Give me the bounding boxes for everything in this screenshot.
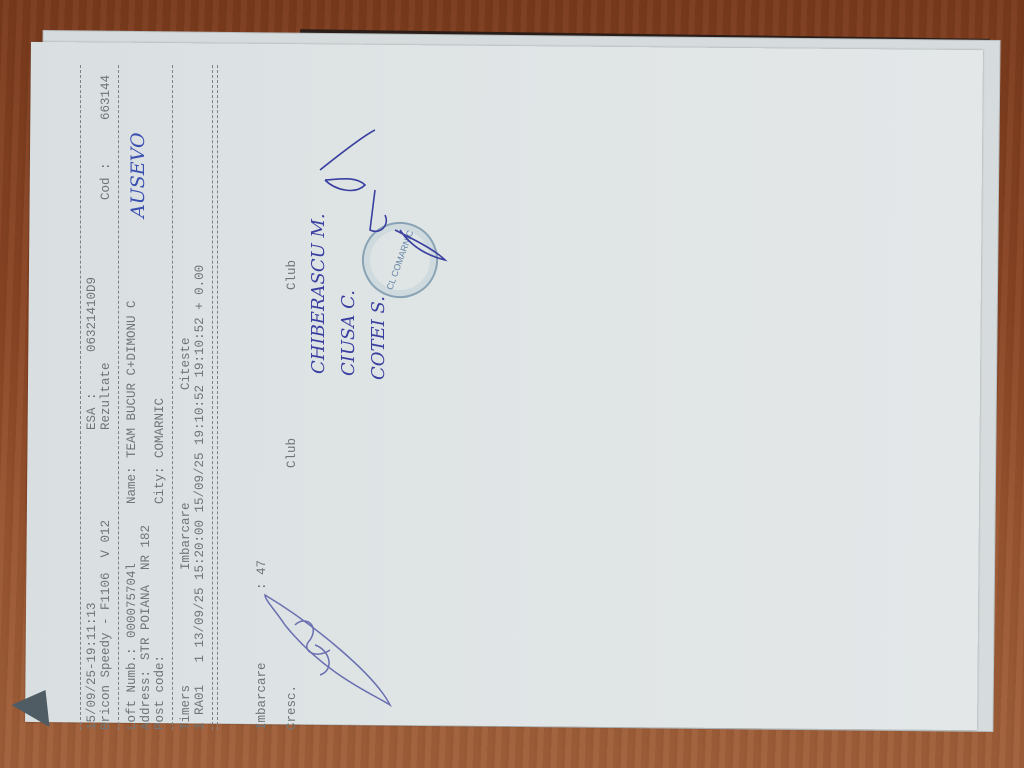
divider: [118, 65, 119, 730]
club-label-1: Club: [286, 438, 300, 468]
document-title: Rezultate: [100, 362, 114, 430]
timers-label: Timers: [180, 685, 194, 730]
divider: [217, 65, 218, 730]
imbarcare-header: Imbarcare: [180, 502, 194, 570]
device-model: Bricon Speedy - F1106 V 012: [100, 520, 114, 730]
esa-value: 06321410D9: [86, 277, 100, 352]
citeste-header: Citeste: [180, 337, 194, 390]
timer-row: 1 RA01 1 13/09/25 15:20:00 15/09/25 19:1…: [194, 265, 208, 730]
club-label-2: Club: [286, 260, 300, 290]
postcode-label: Post code:: [154, 655, 168, 730]
handwritten-annotation: AUSEVO: [132, 132, 146, 218]
signature-club: [315, 130, 455, 280]
loft-value: 000075704l: [126, 563, 140, 638]
address-value: STR POIANA NR 182: [140, 525, 154, 660]
address-label: Address:: [140, 670, 154, 730]
name-value: TEAM BUCUR C+DIMONU C: [126, 300, 140, 458]
print-timestamp: 15/09/25-19:11:13: [86, 602, 100, 730]
city-value: COMARNIC: [154, 398, 168, 458]
handwritten-name-2: CIUSA C.: [342, 290, 356, 376]
esa-label: ESA :: [86, 392, 100, 430]
cod-value: 663144: [100, 75, 114, 120]
loft-label: Loft Numb.:: [126, 647, 140, 730]
divider: [172, 65, 173, 730]
name-label: Name:: [126, 466, 140, 504]
cod-label: Cod :: [100, 162, 114, 200]
handwritten-name-3: COTEI S.: [372, 296, 386, 380]
divider: [80, 65, 81, 730]
city-label: City:: [154, 466, 168, 504]
signature-cresc: [255, 585, 405, 715]
divider: [212, 65, 213, 730]
